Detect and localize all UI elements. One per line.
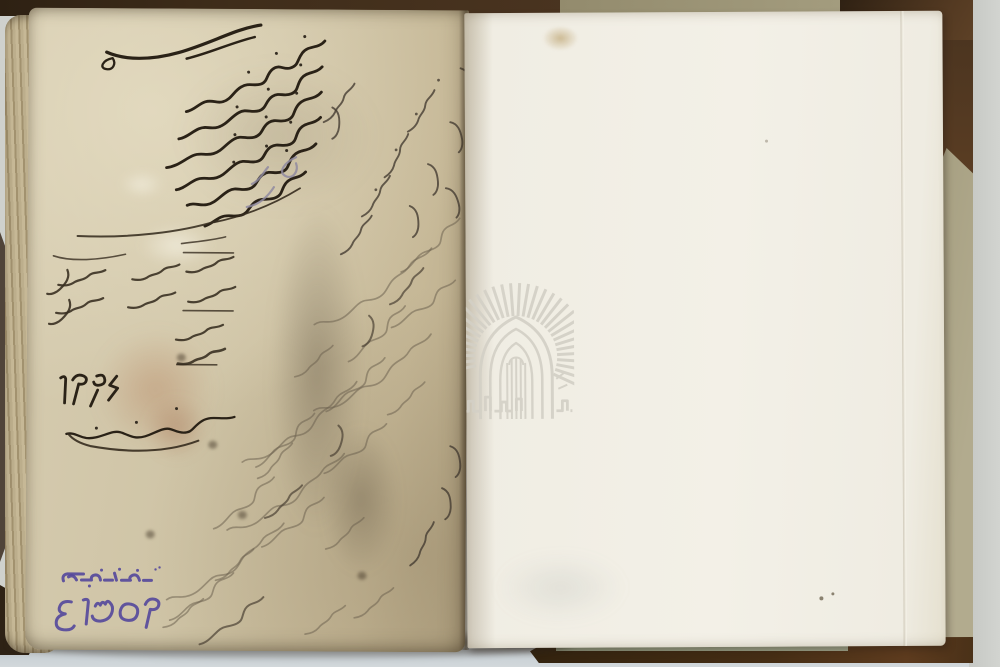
right-blank-page [464, 11, 945, 648]
review-stamp [56, 566, 161, 631]
dust-speck [765, 140, 768, 143]
dust-speck [819, 596, 823, 600]
left-manuscript-page: بازبینی شد ۱۳۵۲ ع ۱۲۶۴ [25, 8, 469, 653]
photo-open-manuscript: بازبینی شد ۱۳۵۲ ع ۱۲۶۴ [0, 0, 1000, 667]
faint-gray-smudge [495, 552, 625, 623]
vertical-fold-crease [900, 11, 906, 646]
stain-top-edge [542, 26, 578, 51]
faded-scrawl [157, 216, 469, 646]
main-ink-note [141, 30, 365, 232]
handwriting-ink-layer [25, 8, 469, 653]
calligraphic-flourish [102, 24, 261, 70]
account-entries [47, 220, 236, 365]
year-note-line [66, 406, 234, 451]
diacritic-dots [203, 35, 341, 184]
marginal-jottings [314, 67, 468, 256]
dust-speck [831, 592, 834, 595]
background-right [969, 0, 1000, 667]
library-emblem-watermark [464, 259, 574, 426]
year-figure [61, 375, 118, 406]
stamp-line-1 [63, 566, 161, 588]
stamp-line-2-year [56, 598, 159, 630]
